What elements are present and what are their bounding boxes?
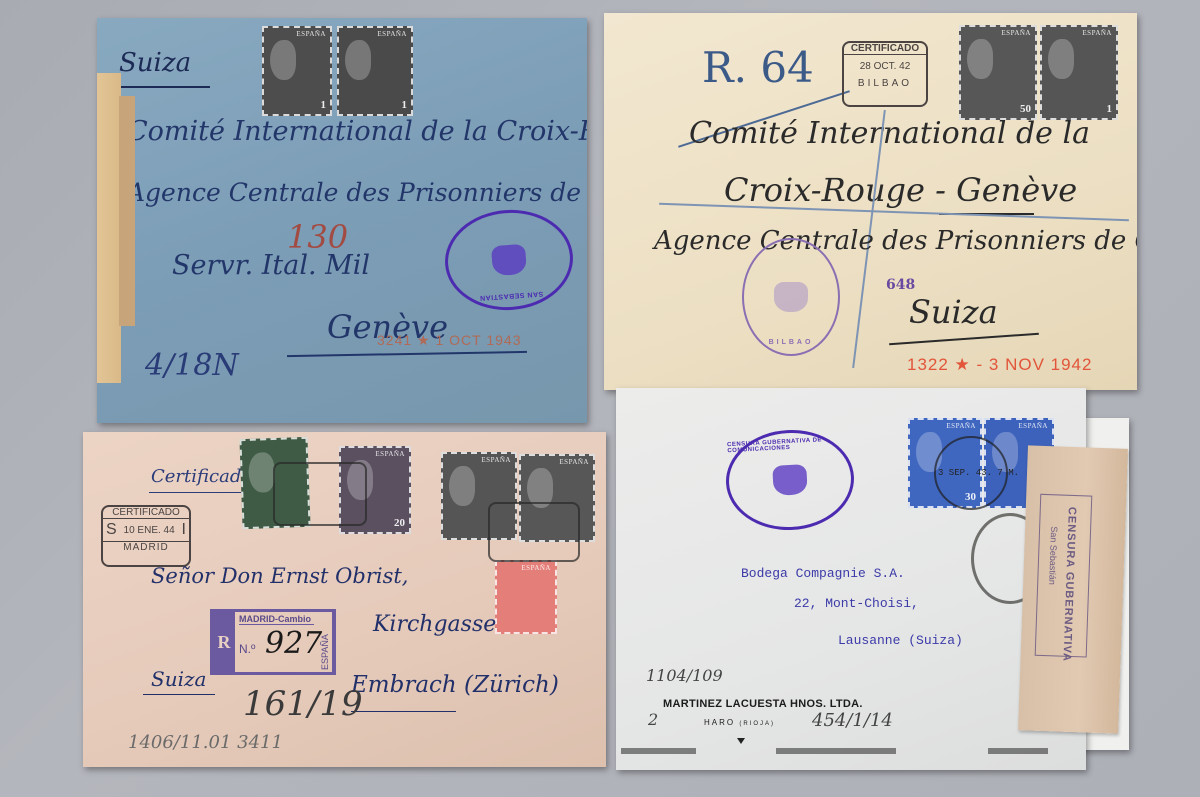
registration-label: R MADRID-Cambio N.º 927 ESPAÑA [210, 609, 336, 675]
typed-address-line: 22, Mont-Choisi, [794, 596, 919, 611]
censor-tape-subtext: San Sebastián [1047, 526, 1059, 585]
censor-stamp: SAN SEBASTIAN [442, 206, 577, 315]
envelope-bottom-left: Certificado CERTIFICADO S 10 ENE. 44 I M… [83, 432, 606, 767]
sender-town: HARO (RIOJA) [704, 718, 775, 727]
country-note: Suiza [119, 48, 191, 78]
underline [115, 86, 210, 88]
sender-triangle-icon [737, 738, 745, 744]
pencil-note: 4/18N [145, 348, 239, 383]
address-line: Croix-Rouge - Genève [724, 171, 1077, 209]
address-line: Señor Don Ernst Obrist, [151, 564, 408, 588]
underline [351, 711, 456, 712]
postage-stamp: ESPAÑA 1 [337, 26, 413, 116]
address-line: Agence Centrale des Prisonniers de Guerr… [654, 226, 1137, 256]
address-line: Embrach (Zürich) [351, 672, 559, 698]
obliteration-bar [776, 748, 896, 754]
censor-stamp: BILBAO [742, 238, 840, 356]
certificado-postmark [273, 462, 367, 526]
postage-stamp: ESPAÑA 1 [262, 26, 332, 116]
censor-tape [97, 73, 121, 383]
address-line: Suiza [909, 293, 998, 331]
address-line: Kirchgasse [373, 612, 496, 637]
envelope-top-left: Suiza ESPAÑA 1 ESPAÑA 1 Comité Internati… [97, 18, 587, 423]
obliteration-bar [988, 748, 1048, 754]
address-line: Agence Centrale des Prisonniers de Guerr… [127, 178, 587, 207]
underline [287, 351, 527, 357]
postage-stamp: ESPAÑA [495, 560, 557, 634]
underline [143, 694, 215, 695]
arrival-date-stamp: 3241 ★ 1 OCT 1943 [377, 332, 521, 349]
censor-stamp: CENSURA GUBERNATIVA DE COMUNICACIONES [723, 427, 856, 534]
sender-name: MARTINEZ LACUESTA HNOS. LTDA. [663, 698, 863, 710]
certificado-postmark: CERTIFICADO 28 OCT. 42 BILBAO [842, 41, 928, 107]
pencil-note: 161/19 [243, 684, 363, 724]
postmark-date: 3 SEP. 43. 7 M. [938, 468, 1019, 478]
address-line: Comité International de la Croix-Rouge [127, 116, 587, 147]
pencil-note: 454/1/14 [812, 710, 893, 731]
pencil-note: 2 [648, 710, 658, 729]
violet-number: 648 [886, 277, 915, 293]
registration-mark: R. 64 [702, 43, 814, 92]
envelope-top-right: R. 64 CERTIFICADO 28 OCT. 42 BILBAO ESPA… [604, 13, 1137, 390]
certificado-label: Certificado [151, 466, 252, 487]
underline [889, 333, 1039, 345]
pencil-note: 1104/109 [646, 666, 723, 685]
typed-address-line: Bodega Compagnie S.A. [741, 566, 905, 581]
arrival-date-stamp: 1322 ★ - 3 NOV 1942 [907, 355, 1092, 375]
postage-stamp: ESPAÑA 50 [959, 25, 1037, 120]
pencil-note: 1406/11.01 3411 [128, 732, 283, 753]
censor-tape: CENSURA GUBERNATIVA San Sebastián [1018, 445, 1128, 733]
address-line: Servr. Ital. Mil [172, 250, 370, 281]
obliteration-bar [621, 748, 696, 754]
certificado-postmark [488, 502, 580, 562]
postage-stamp: ESPAÑA 1 [1040, 25, 1118, 120]
censor-tape-inner [119, 96, 135, 326]
country-note: Suiza [151, 667, 206, 691]
address-line: Comité International de la [689, 116, 1090, 151]
certificado-postmark: CERTIFICADO S 10 ENE. 44 I MADRID [101, 505, 191, 567]
envelope-bottom-right: CENSURA GUBERNATIVA DE COMUNICACIONES ES… [616, 388, 1086, 770]
underline [149, 492, 241, 493]
typed-address-line: Lausanne (Suiza) [838, 633, 963, 648]
